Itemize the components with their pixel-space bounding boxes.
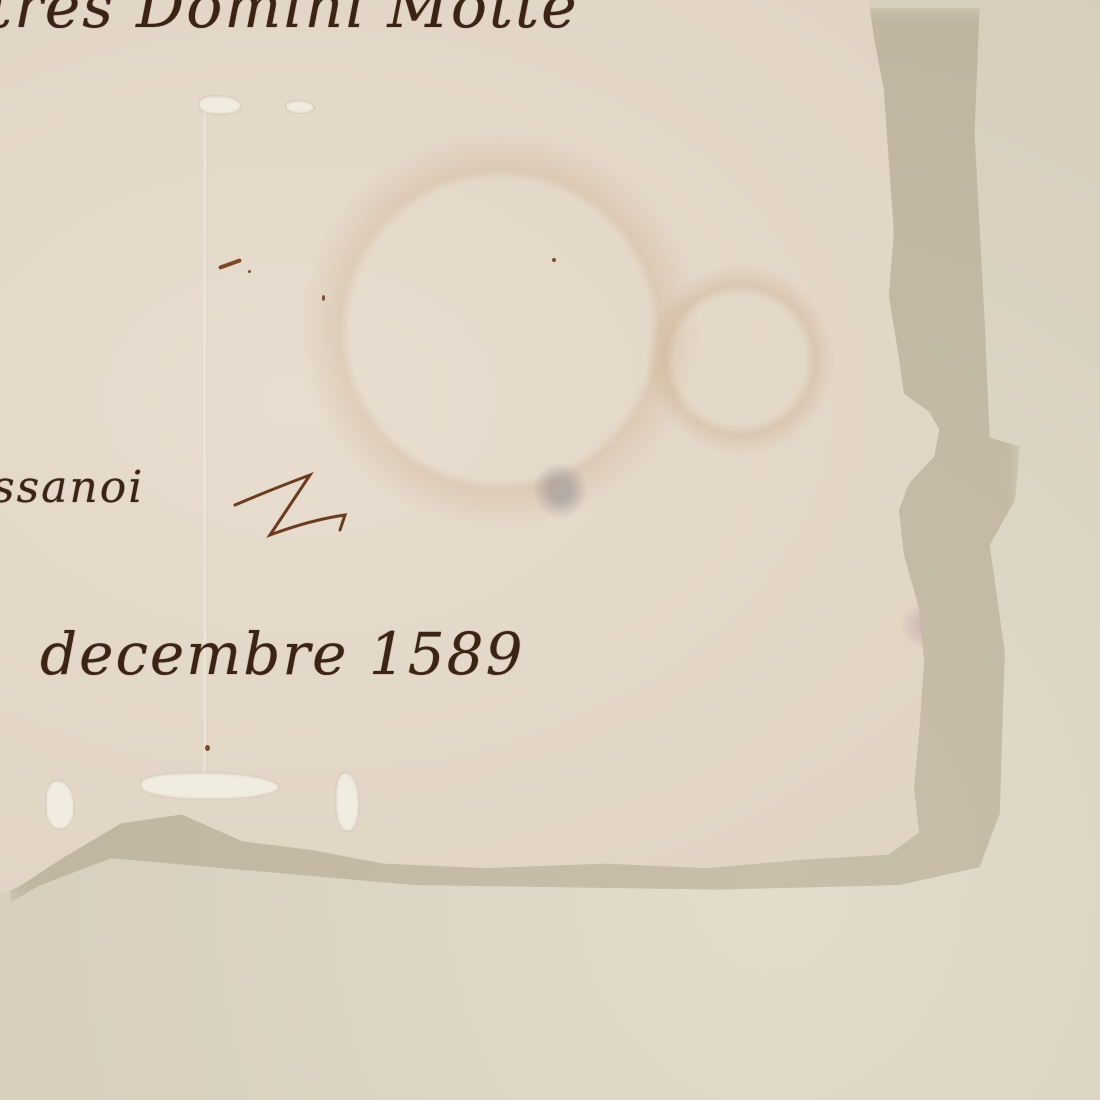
ink-speck bbox=[552, 258, 556, 262]
tear-hole bbox=[45, 780, 75, 830]
ink-speck bbox=[322, 295, 325, 301]
signature: ssanoi bbox=[0, 462, 144, 513]
handwritten-line-top: tres Domini Motte bbox=[0, 0, 579, 42]
tear-hole bbox=[285, 100, 315, 114]
ink-speck bbox=[218, 258, 242, 270]
handwritten-date: decembre 1589 bbox=[40, 620, 524, 688]
ink-speck bbox=[205, 745, 210, 751]
ink-speck bbox=[248, 270, 251, 273]
tear-hole bbox=[335, 772, 360, 832]
tear-hole bbox=[140, 772, 280, 800]
tear-hole bbox=[198, 95, 242, 115]
signature-flourish bbox=[230, 460, 360, 550]
manuscript-page: tres Domini Motte ssanoi decembre 1589 bbox=[0, 0, 1010, 895]
